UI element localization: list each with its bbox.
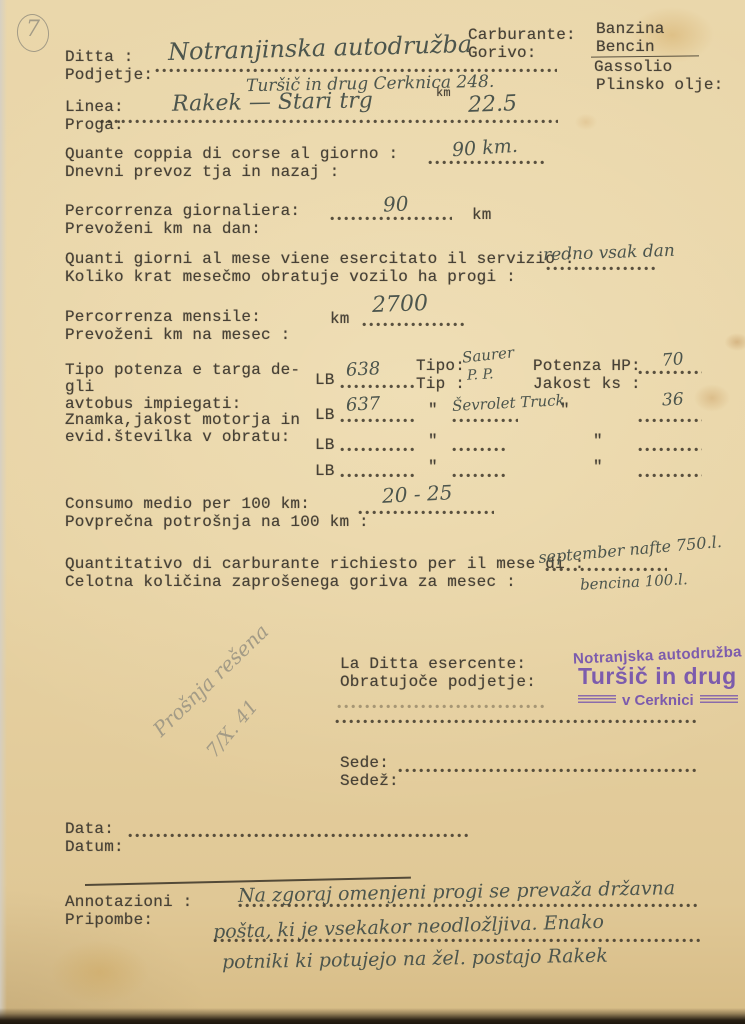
stamp-company-line2: Turšič in drug	[578, 663, 737, 690]
monthly-km-value: 2700	[372, 291, 429, 318]
route-km-unit: km	[436, 86, 451, 100]
fuel-label-it: Carburante:	[468, 26, 576, 44]
dotted-line	[340, 447, 414, 452]
dotted-line	[155, 68, 557, 73]
daily-pairs-value: 90 km.	[451, 135, 518, 162]
ditto-mark: "	[560, 401, 570, 419]
vehicles-label-line4: Znamka,jakost motorja in	[65, 411, 300, 429]
dotted-line	[452, 447, 508, 452]
route-value: Rakek — Stari trg	[172, 88, 373, 117]
dotted-line	[452, 418, 518, 423]
vehicle-row-hp-value: 70	[661, 349, 684, 371]
monthly-km-label-sl: Prevoženi km na mesec :	[65, 326, 290, 344]
daily-km-unit: km	[472, 206, 492, 224]
stamp-decoration-right	[700, 695, 738, 704]
service-days-label-it: Quanti giorni al mese viene esercitato i…	[65, 250, 575, 268]
vehicles-label-line5: evid.številka v obratu:	[65, 428, 290, 446]
vehicle-col-potenza-hp: Potenza HP:	[533, 357, 641, 375]
stamp-decoration-left	[578, 695, 616, 704]
fuel-option-plinsko-olje: Plinsko olje:	[596, 76, 723, 94]
route-label-it: Linea:	[65, 98, 124, 116]
dotted-line	[358, 510, 494, 515]
dotted-line	[638, 370, 702, 375]
operator-label-sl: Obratujoče podjetje:	[340, 673, 536, 691]
fuel-option-bencin: Bencin	[596, 38, 655, 56]
ditto-mark: "	[428, 432, 438, 450]
scan-left-edge	[0, 0, 7, 1024]
dotted-line	[362, 322, 466, 327]
vehicle-row-hp-value: 36	[661, 389, 684, 410]
daily-km-label-sl: Prevoženi km na dan:	[65, 220, 261, 238]
dotted-line	[546, 266, 658, 271]
vehicle-col-tip: Tip :	[416, 375, 465, 393]
vehicles-label-line2: gli	[65, 378, 94, 396]
date-label-sl: Datum:	[65, 838, 124, 856]
ditto-mark: "	[428, 401, 438, 419]
monthly-km-label-it: Percorrenza mensile:	[65, 308, 261, 326]
route-km-value: 22.5	[468, 91, 518, 118]
fuel-label-sl: Gorivo:	[468, 44, 537, 62]
annotations-label-sl: Pripombe:	[65, 911, 153, 929]
dotted-line	[638, 418, 702, 423]
fuel-option-gassolio: Gassolio	[594, 58, 672, 76]
scan-bottom-shadow	[0, 1008, 745, 1024]
dotted-line	[638, 447, 702, 452]
daily-pairs-label-sl: Dnevni prevoz tja in nazaj :	[65, 163, 339, 181]
operator-label-it: La Ditta esercente:	[340, 655, 526, 673]
dotted-line	[340, 384, 414, 389]
firm-label-it: Ditta :	[65, 48, 134, 66]
consumption-label-sl: Povprečna potrošnja na 100 km :	[65, 513, 369, 531]
vehicle-row-lb-number: 638	[345, 358, 380, 381]
dotted-line	[428, 160, 546, 165]
seat-label-it: Sede:	[340, 754, 389, 772]
dotted-line	[238, 903, 698, 908]
vehicle-row-lb: LB	[315, 371, 335, 389]
dotted-line	[100, 119, 558, 124]
daily-km-label-it: Percorrenza giornaliera:	[65, 202, 300, 220]
vehicle-row-lb: LB	[315, 436, 335, 454]
dotted-line	[340, 473, 414, 478]
scanned-form-page: { "colors": { "paper": "#e7d2a3", "type_…	[0, 0, 745, 1024]
dotted-line	[340, 418, 414, 423]
daily-km-value: 90	[382, 191, 409, 216]
dotted-line	[452, 473, 508, 478]
seat-label-sl: Sedež:	[340, 772, 399, 790]
daily-pairs-label-it: Quante coppia di corse al giorno :	[65, 145, 398, 163]
service-days-label-sl: Koliko krat mesečmo obratuje vozilo ha p…	[65, 268, 516, 286]
ditto-mark: "	[428, 458, 438, 476]
monthly-km-unit: km	[330, 310, 350, 328]
vehicle-row-lb-number: 637	[345, 393, 380, 416]
dotted-line	[398, 768, 696, 773]
ditto-mark: "	[593, 432, 603, 450]
dotted-line	[213, 938, 700, 943]
vehicles-label-line1: Tipo potenza e targa de-	[65, 361, 300, 379]
dotted-line	[638, 473, 702, 478]
vehicle-row-lb: LB	[315, 406, 335, 424]
vehicle-row-tip-value: P. P.	[467, 366, 494, 383]
dotted-line	[335, 719, 697, 724]
dotted-line	[330, 216, 452, 221]
ditto-mark: "	[593, 458, 603, 476]
dotted-line	[128, 833, 468, 838]
vehicle-col-tipo: Tipo:	[416, 357, 465, 375]
consumption-label-it: Consumo medio per 100 km:	[65, 495, 310, 513]
consumption-value: 20 - 25	[381, 480, 453, 508]
vehicle-row-lb: LB	[315, 462, 335, 480]
firm-label-sl: Podjetje:	[65, 66, 153, 84]
dotted-line-faint	[337, 704, 547, 709]
fuel-request-label-it: Quantitativo di carburante richiesto per…	[65, 555, 584, 573]
fuel-request-label-sl: Celotna količina zaprošenega goriva za m…	[65, 573, 516, 591]
vehicle-col-jakost-ks: Jakost ks :	[533, 375, 641, 393]
stamp-company-line3: v Cerknici	[622, 692, 694, 709]
fuel-option-banzina: Banzina	[596, 20, 665, 38]
annotations-label-it: Annotazioni :	[65, 893, 192, 911]
date-label-it: Data:	[65, 820, 114, 838]
page-number: 7	[26, 17, 40, 42]
